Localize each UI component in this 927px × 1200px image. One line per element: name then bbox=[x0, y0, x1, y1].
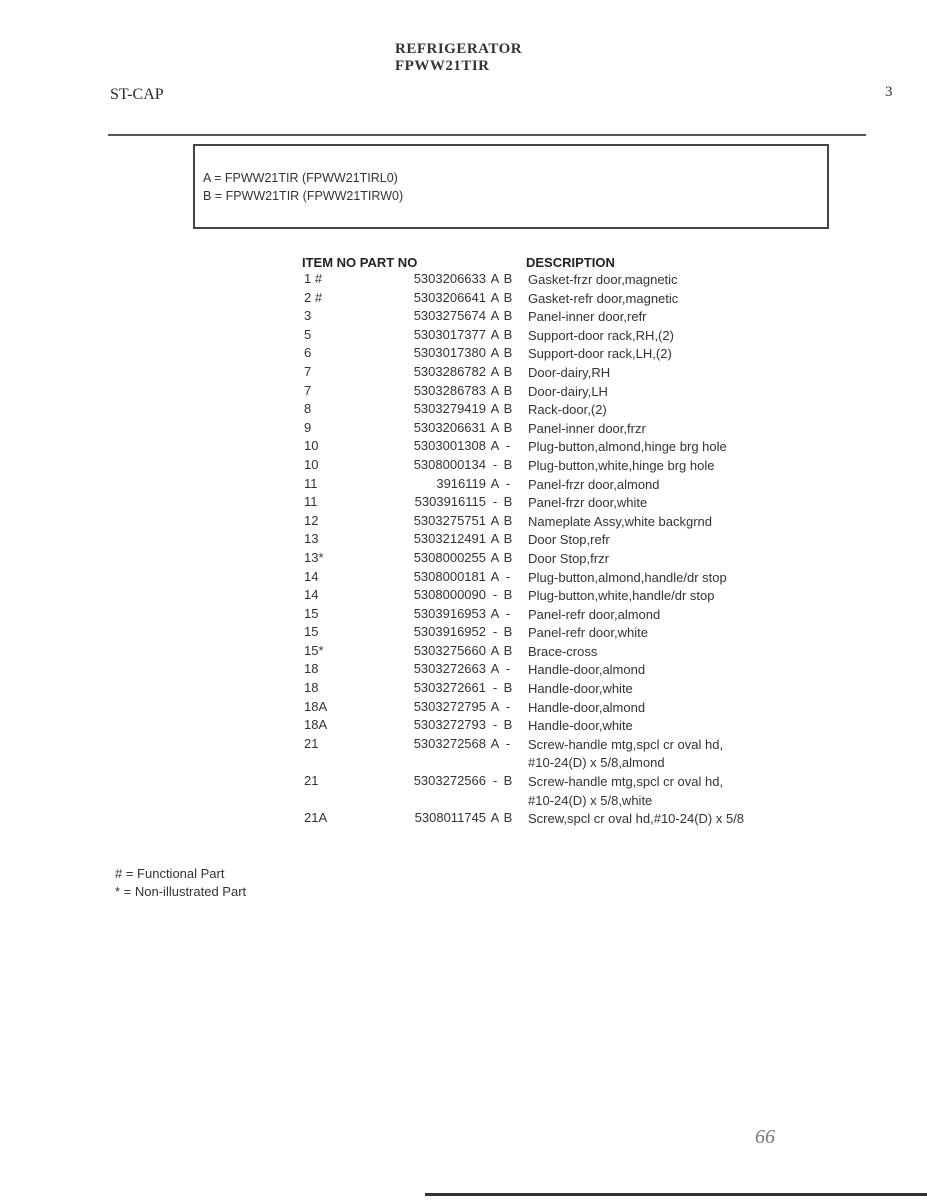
table-row: 35303275674ABPanel-inner door,refr bbox=[0, 308, 927, 327]
model-a-flag: A bbox=[489, 606, 501, 621]
model-b-flag: B bbox=[502, 271, 514, 286]
part-number: 5303272661 bbox=[380, 680, 486, 695]
table-row: 215303272566-BScrew-handle mtg,spcl cr o… bbox=[0, 773, 927, 810]
legend-functional-part: # = Functional Part bbox=[115, 866, 224, 881]
model-a-flag: A bbox=[489, 513, 501, 528]
part-description-line: #10-24(D) x 5/8,white bbox=[528, 792, 723, 811]
model-a-flag: A bbox=[489, 345, 501, 360]
table-row: 13*5308000255ABDoor Stop,frzr bbox=[0, 550, 927, 569]
footer-divider bbox=[425, 1193, 927, 1196]
item-number: 13 bbox=[304, 531, 318, 546]
model-b-flag: - bbox=[502, 736, 514, 751]
model-b-flag: B bbox=[502, 717, 514, 732]
part-number: 5308011745 bbox=[380, 810, 486, 825]
part-description: Panel-refr door,white bbox=[528, 624, 648, 643]
part-description: Gasket-refr door,magnetic bbox=[528, 290, 678, 309]
table-row: 185303272661-BHandle-door,white bbox=[0, 680, 927, 699]
part-description: Support-door rack,RH,(2) bbox=[528, 327, 674, 346]
model-b-flag: B bbox=[502, 810, 514, 825]
part-description: Door-dairy,RH bbox=[528, 364, 610, 383]
part-description: Door-dairy,LH bbox=[528, 383, 608, 402]
part-description: Handle-door,almond bbox=[528, 699, 645, 718]
model-a-flag: A bbox=[489, 308, 501, 323]
model-key-box bbox=[193, 144, 829, 229]
part-number: 5303206633 bbox=[380, 271, 486, 286]
part-number: 5303001308 bbox=[380, 438, 486, 453]
part-number: 5303272663 bbox=[380, 661, 486, 676]
table-row: 55303017377ABSupport-door rack,RH,(2) bbox=[0, 327, 927, 346]
model-number-title: FPWW21TIR bbox=[395, 58, 490, 75]
item-number: 18 bbox=[304, 680, 318, 695]
part-description-line: #10-24(D) x 5/8,almond bbox=[528, 754, 723, 773]
legend-non-illustrated-part: * = Non-illustrated Part bbox=[115, 884, 246, 899]
item-number: 9 bbox=[304, 420, 311, 435]
model-a-flag: A bbox=[489, 290, 501, 305]
model-a-flag: A bbox=[489, 327, 501, 342]
part-description: Panel-inner door,frzr bbox=[528, 420, 646, 439]
item-number: 14 bbox=[304, 569, 318, 584]
model-a-flag: A bbox=[489, 531, 501, 546]
part-description: Screw-handle mtg,spcl cr oval hd,#10-24(… bbox=[528, 736, 723, 773]
table-row: 145308000090-BPlug-button,white,handle/d… bbox=[0, 587, 927, 606]
part-number: 5303206631 bbox=[380, 420, 486, 435]
table-row: 125303275751ABNameplate Assy,white backg… bbox=[0, 513, 927, 532]
table-row: 185303272663A-Handle-door,almond bbox=[0, 661, 927, 680]
part-description: Panel-inner door,refr bbox=[528, 308, 647, 327]
model-a-flag: A bbox=[489, 401, 501, 416]
part-number: 5303272793 bbox=[380, 717, 486, 732]
part-description: Handle-door,almond bbox=[528, 661, 645, 680]
item-number: 6 bbox=[304, 345, 311, 360]
item-number: 10 bbox=[304, 438, 318, 453]
part-number: 5303206641 bbox=[380, 290, 486, 305]
table-row: 75303286782ABDoor-dairy,RH bbox=[0, 364, 927, 383]
table-row: 95303206631ABPanel-inner door,frzr bbox=[0, 420, 927, 439]
header-divider bbox=[108, 134, 866, 136]
item-number: 1 # bbox=[304, 271, 322, 286]
item-number: 2 # bbox=[304, 290, 322, 305]
model-a-flag: - bbox=[489, 773, 501, 788]
model-b-flag: - bbox=[502, 569, 514, 584]
table-row: 18A5303272793-BHandle-door,white bbox=[0, 717, 927, 736]
model-a-flag: A bbox=[489, 476, 501, 491]
item-number: 7 bbox=[304, 383, 311, 398]
model-b-flag: B bbox=[502, 531, 514, 546]
part-number: 5308000134 bbox=[380, 457, 486, 472]
part-description: Handle-door,white bbox=[528, 717, 633, 736]
model-b-flag: B bbox=[502, 290, 514, 305]
part-number: 5303286782 bbox=[380, 364, 486, 379]
table-row: 155303916952-BPanel-refr door,white bbox=[0, 624, 927, 643]
handwritten-annotation: 66 bbox=[755, 1126, 775, 1149]
part-number: 5303279419 bbox=[380, 401, 486, 416]
page-number: 3 bbox=[885, 84, 893, 101]
item-number: 8 bbox=[304, 401, 311, 416]
model-b-label: B = FPWW21TIR (FPWW21TIRW0) bbox=[203, 189, 403, 203]
model-b-flag: B bbox=[502, 494, 514, 509]
item-number: 21 bbox=[304, 773, 318, 788]
item-number: 11 bbox=[304, 476, 318, 491]
table-row: 105308000134-BPlug-button,white,hinge br… bbox=[0, 457, 927, 476]
part-description: Nameplate Assy,white backgrnd bbox=[528, 513, 712, 532]
model-a-flag: - bbox=[489, 494, 501, 509]
part-description-line: Screw-handle mtg,spcl cr oval hd, bbox=[528, 773, 723, 792]
part-description: Plug-button,almond,handle/dr stop bbox=[528, 569, 727, 588]
part-description: Screw-handle mtg,spcl cr oval hd,#10-24(… bbox=[528, 773, 723, 810]
part-number: 5303275674 bbox=[380, 308, 486, 323]
model-a-flag: - bbox=[489, 624, 501, 639]
model-b-flag: - bbox=[502, 476, 514, 491]
model-b-flag: B bbox=[502, 457, 514, 472]
model-b-flag: B bbox=[502, 624, 514, 639]
model-a-flag: A bbox=[489, 364, 501, 379]
model-b-flag: B bbox=[502, 345, 514, 360]
model-a-flag: A bbox=[489, 420, 501, 435]
model-b-flag: - bbox=[502, 661, 514, 676]
table-row: 85303279419ABRack-door,(2) bbox=[0, 401, 927, 420]
item-number: 15 bbox=[304, 624, 318, 639]
item-number: 21A bbox=[304, 810, 327, 825]
part-description: Plug-button,almond,hinge brg hole bbox=[528, 438, 727, 457]
column-header-item-part: ITEM NO PART NO bbox=[302, 255, 417, 270]
model-a-flag: A bbox=[489, 550, 501, 565]
item-number: 15* bbox=[304, 643, 324, 658]
model-b-flag: B bbox=[502, 420, 514, 435]
part-number: 5303275751 bbox=[380, 513, 486, 528]
model-b-flag: B bbox=[502, 401, 514, 416]
table-row: 2 #5303206641ABGasket-refr door,magnetic bbox=[0, 290, 927, 309]
table-row: 75303286783ABDoor-dairy,LH bbox=[0, 383, 927, 402]
part-number: 5303272566 bbox=[380, 773, 486, 788]
model-b-flag: - bbox=[502, 699, 514, 714]
model-a-flag: A bbox=[489, 736, 501, 751]
item-number: 13* bbox=[304, 550, 324, 565]
model-a-flag: - bbox=[489, 457, 501, 472]
model-a-flag: - bbox=[489, 680, 501, 695]
part-number: 5303916115 bbox=[380, 494, 486, 509]
part-description: Panel-frzr door,white bbox=[528, 494, 647, 513]
model-b-flag: B bbox=[502, 327, 514, 342]
model-b-flag: B bbox=[502, 364, 514, 379]
part-description: Panel-frzr door,almond bbox=[528, 476, 660, 495]
part-description: Handle-door,white bbox=[528, 680, 633, 699]
model-a-flag: A bbox=[489, 438, 501, 453]
model-a-flag: A bbox=[489, 643, 501, 658]
item-number: 18 bbox=[304, 661, 318, 676]
model-a-flag: - bbox=[489, 587, 501, 602]
model-a-flag: - bbox=[489, 717, 501, 732]
model-b-flag: B bbox=[502, 383, 514, 398]
model-b-flag: B bbox=[502, 643, 514, 658]
part-description: Screw,spcl cr oval hd,#10-24(D) x 5/8 bbox=[528, 810, 744, 829]
item-number: 10 bbox=[304, 457, 318, 472]
model-b-flag: B bbox=[502, 308, 514, 323]
table-row: 65303017380ABSupport-door rack,LH,(2) bbox=[0, 345, 927, 364]
model-b-flag: - bbox=[502, 438, 514, 453]
item-number: 7 bbox=[304, 364, 311, 379]
table-row: 1 #5303206633ABGasket-frzr door,magnetic bbox=[0, 271, 927, 290]
part-description: Brace-cross bbox=[528, 643, 597, 662]
part-number: 5303272568 bbox=[380, 736, 486, 751]
part-description: Plug-button,white,hinge brg hole bbox=[528, 457, 714, 476]
item-number: 5 bbox=[304, 327, 311, 342]
table-row: 21A5308011745ABScrew,spcl cr oval hd,#10… bbox=[0, 810, 927, 829]
parts-table: 1 #5303206633ABGasket-frzr door,magnetic… bbox=[0, 271, 927, 829]
item-number: 18A bbox=[304, 717, 327, 732]
model-b-flag: B bbox=[502, 680, 514, 695]
table-row: 135303212491ABDoor Stop,refr bbox=[0, 531, 927, 550]
part-description: Support-door rack,LH,(2) bbox=[528, 345, 672, 364]
part-number: 5303286783 bbox=[380, 383, 486, 398]
model-b-flag: B bbox=[502, 773, 514, 788]
table-row: 18A5303272795A-Handle-door,almond bbox=[0, 699, 927, 718]
model-b-flag: B bbox=[502, 587, 514, 602]
part-description: Gasket-frzr door,magnetic bbox=[528, 271, 678, 290]
part-number: 5303272795 bbox=[380, 699, 486, 714]
part-description: Door Stop,frzr bbox=[528, 550, 609, 569]
part-description: Rack-door,(2) bbox=[528, 401, 607, 420]
model-b-flag: B bbox=[502, 513, 514, 528]
column-header-description: DESCRIPTION bbox=[526, 255, 615, 270]
model-a-flag: A bbox=[489, 661, 501, 676]
part-number: 5308000090 bbox=[380, 587, 486, 602]
part-description: Plug-button,white,handle/dr stop bbox=[528, 587, 714, 606]
table-row: 215303272568A-Screw-handle mtg,spcl cr o… bbox=[0, 736, 927, 773]
model-a-flag: A bbox=[489, 810, 501, 825]
item-number: 12 bbox=[304, 513, 318, 528]
section-code: ST-CAP bbox=[110, 86, 164, 104]
item-number: 14 bbox=[304, 587, 318, 602]
table-row: 155303916953A-Panel-refr door,almond bbox=[0, 606, 927, 625]
part-number: 5308000255 bbox=[380, 550, 486, 565]
table-row: 105303001308A-Plug-button,almond,hinge b… bbox=[0, 438, 927, 457]
part-number: 5308000181 bbox=[380, 569, 486, 584]
part-description: Door Stop,refr bbox=[528, 531, 610, 550]
part-number: 5303916953 bbox=[380, 606, 486, 621]
model-a-flag: A bbox=[489, 699, 501, 714]
table-row: 145308000181A-Plug-button,almond,handle/… bbox=[0, 569, 927, 588]
model-a-flag: A bbox=[489, 383, 501, 398]
model-a-flag: A bbox=[489, 569, 501, 584]
table-row: 15*5303275660ABBrace-cross bbox=[0, 643, 927, 662]
part-number: 5303916952 bbox=[380, 624, 486, 639]
model-b-flag: - bbox=[502, 606, 514, 621]
item-number: 18A bbox=[304, 699, 327, 714]
item-number: 3 bbox=[304, 308, 311, 323]
item-number: 21 bbox=[304, 736, 318, 751]
part-description: Panel-refr door,almond bbox=[528, 606, 660, 625]
item-number: 11 bbox=[304, 494, 318, 509]
part-number: 5303275660 bbox=[380, 643, 486, 658]
table-row: 115303916115-BPanel-frzr door,white bbox=[0, 494, 927, 513]
part-number: 5303212491 bbox=[380, 531, 486, 546]
part-number: 3916119 bbox=[380, 476, 486, 491]
document-title: REFRIGERATOR bbox=[395, 41, 522, 58]
part-number: 5303017380 bbox=[380, 345, 486, 360]
part-description-line: Screw-handle mtg,spcl cr oval hd, bbox=[528, 736, 723, 755]
model-b-flag: B bbox=[502, 550, 514, 565]
table-row: 113916119A-Panel-frzr door,almond bbox=[0, 476, 927, 495]
item-number: 15 bbox=[304, 606, 318, 621]
model-a-label: A = FPWW21TIR (FPWW21TIRL0) bbox=[203, 171, 398, 185]
model-a-flag: A bbox=[489, 271, 501, 286]
part-number: 5303017377 bbox=[380, 327, 486, 342]
